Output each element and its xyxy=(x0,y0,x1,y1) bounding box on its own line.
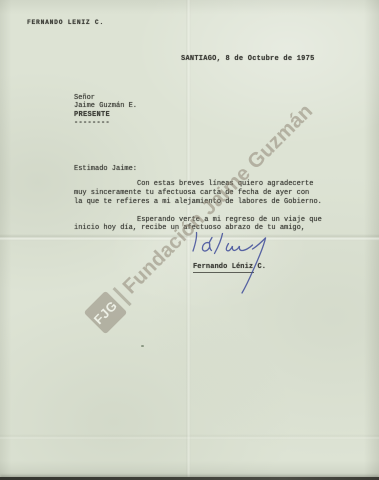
watermark-divider xyxy=(112,287,131,306)
scanned-letter-page: FERNANDO LENIZ C. SANTIAGO, 8 de Octubre… xyxy=(0,0,379,480)
body-line: muy sinceramente tu afectuosa carta de f… xyxy=(74,189,322,198)
body-line: la que te refieres a mi alejamiento de l… xyxy=(74,198,322,207)
letterhead-name: FERNANDO LENIZ C. xyxy=(27,19,104,26)
paper-speck xyxy=(141,345,144,347)
handwritten-signature xyxy=(0,0,379,480)
body-paragraph-1: Con estas breves líneas quiero agradecer… xyxy=(74,180,322,206)
paper-texture xyxy=(0,0,379,480)
recipient-underline-dashes: -------- xyxy=(74,119,137,127)
watermark-logo-text: FJG xyxy=(91,298,121,328)
salutation: Estimado Jaime: xyxy=(74,165,137,173)
watermark-logo-box: FJG xyxy=(84,291,128,335)
scan-bottom-edge xyxy=(0,477,379,480)
lower-fold-crease xyxy=(0,434,379,440)
body-paragraph-2: Esperando verte a mi regreso de un viaje… xyxy=(74,216,322,234)
signature-typed-underline xyxy=(193,272,254,273)
signature-typed-name: Fernando Léniz C. xyxy=(193,263,266,271)
horizontal-fold-crease xyxy=(0,234,379,241)
body-line: Esperando verte a mi regreso de un viaje… xyxy=(137,216,322,225)
recipient-delivery: PRESENTE xyxy=(74,111,137,119)
dateline: SANTIAGO, 8 de Octubre de 1975 xyxy=(181,55,315,63)
recipient-block: Señor Jaime Guzmán E. PRESENTE -------- xyxy=(74,94,137,128)
body-line: Con estas breves líneas quiero agradecer… xyxy=(137,180,322,189)
body-line: inicio hoy día, recibe un afectuoso abra… xyxy=(74,224,322,233)
vertical-fold-crease xyxy=(186,0,191,477)
recipient-name: Jaime Guzmán E. xyxy=(74,102,137,110)
